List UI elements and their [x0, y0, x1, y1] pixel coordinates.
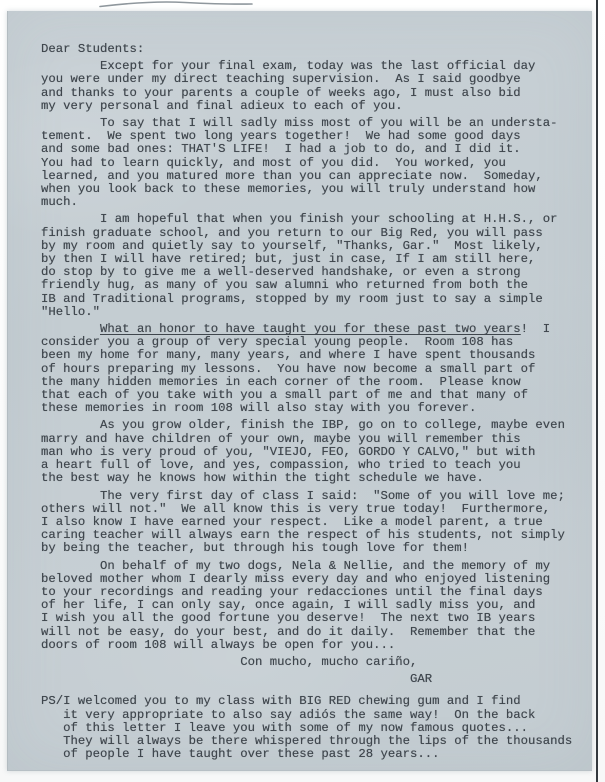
- underlined-sentence: What an honor to have taught you for the…: [100, 322, 521, 336]
- scanner-edge-line: [596, 0, 598, 782]
- paragraph-first-day: The very first day of class I said: "Som…: [41, 490, 583, 556]
- paragraph-two-years: To say that I will sadly miss most of yo…: [41, 117, 583, 209]
- paragraph-grow-older: As you grow older, finish the IBP, go on…: [41, 419, 583, 485]
- signature: GAR: [41, 673, 583, 686]
- letter-body: Dear Students: Except for your final exa…: [41, 43, 583, 765]
- paragraph-farewell: Except for your final exam, today was th…: [41, 60, 583, 113]
- postscript: PS/I welcomed you to my class with BIG R…: [41, 695, 583, 761]
- paragraph-honor: What an honor to have taught you for the…: [41, 323, 583, 415]
- closing-line: Con mucho, mucho cariño,: [41, 656, 583, 669]
- paragraph-honor-indent: [41, 322, 100, 336]
- paragraph-honor-rest: ! I consider you a group of very special…: [41, 322, 550, 415]
- paragraph-big-red: I am hopeful that when you finish your s…: [41, 213, 583, 319]
- scanned-letter-page: Dear Students: Except for your final exa…: [7, 11, 592, 771]
- paragraph-on-behalf: On behalf of my two dogs, Nela & Nellie,…: [41, 560, 583, 652]
- salutation: Dear Students:: [41, 43, 583, 56]
- scanner-background: Dear Students: Except for your final exa…: [0, 0, 605, 782]
